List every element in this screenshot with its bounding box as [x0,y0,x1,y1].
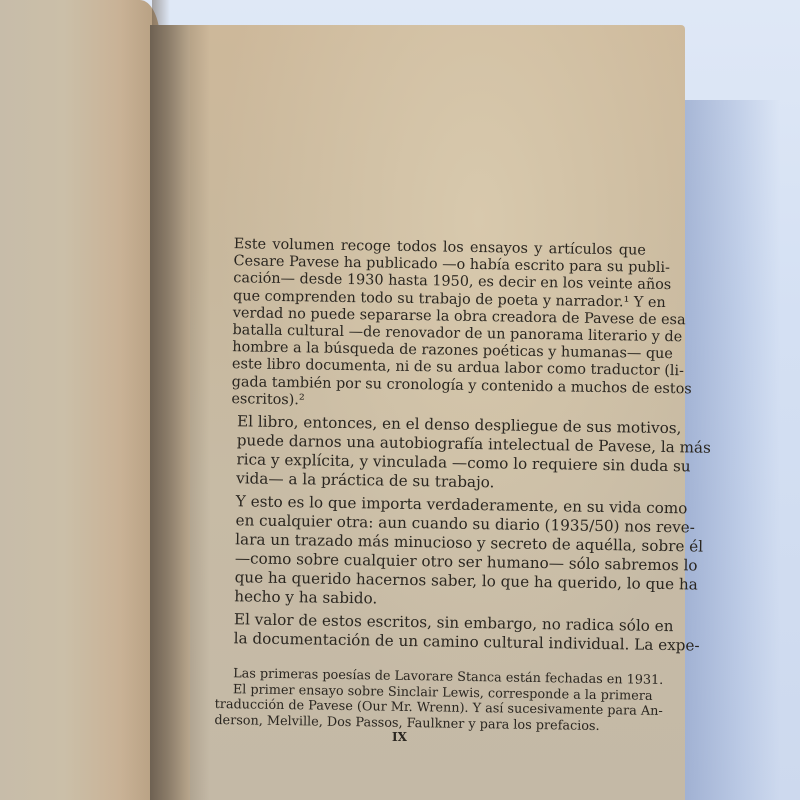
paragraph-3: Y esto es lo que importa verdaderamente,… [216,492,642,613]
left-page [0,0,160,800]
page-number: IX [392,730,407,744]
footnotes: Las primeras poesías de Lavorare Stanca … [214,666,639,735]
paragraph-1: Este volumen recoge todos los ensayos y … [219,236,646,415]
page-body: Este volumen recoge todos los ensayos y … [214,236,646,735]
paragraph-4: El valor de estos escritos, sin embargo,… [216,610,641,655]
book-gutter [150,25,190,800]
footnote-2: El primer ensayo sobre Sinclair Lewis, c… [214,681,639,734]
paragraph-2: El libro, entonces, en el denso desplieg… [218,412,643,495]
